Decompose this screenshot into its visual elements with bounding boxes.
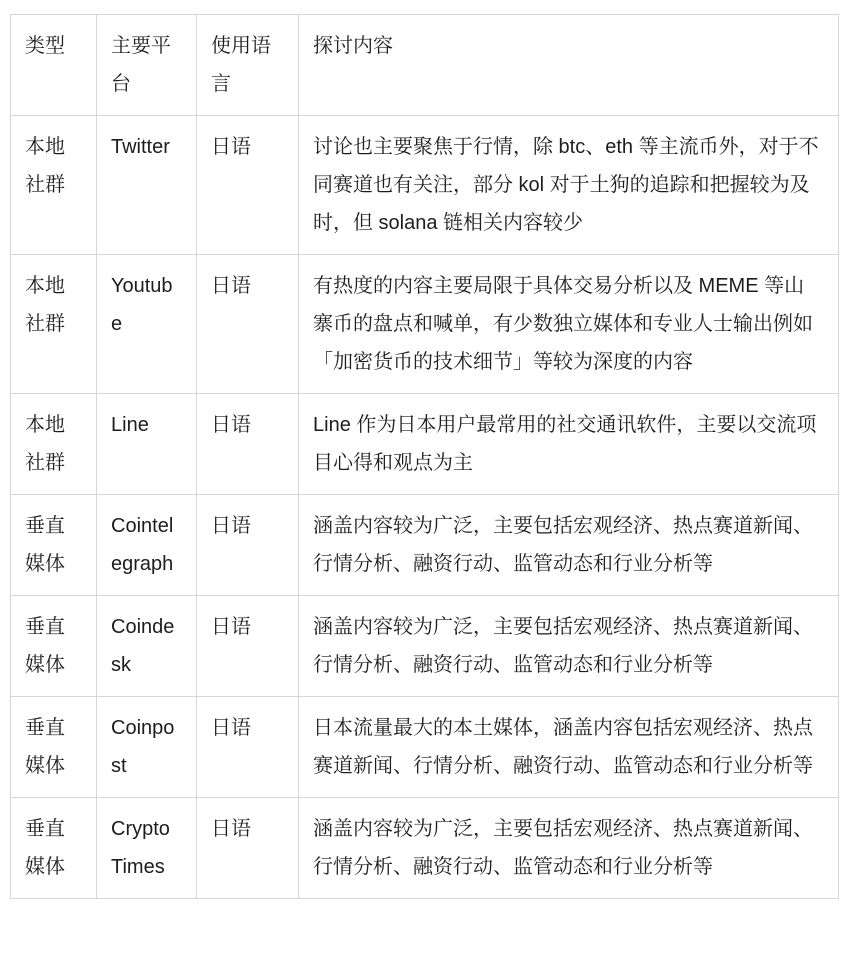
- cell-language: 日语: [197, 596, 299, 697]
- cell-platform: Coinpost: [97, 697, 197, 798]
- cell-content: 涵盖内容较为广泛，主要包括宏观经济、热点赛道新闻、行情分析、融资行动、监管动态和…: [299, 798, 839, 899]
- cell-content: 涵盖内容较为广泛，主要包括宏观经济、热点赛道新闻、行情分析、融资行动、监管动态和…: [299, 495, 839, 596]
- table-row: 本地社群 Youtube 日语 有热度的内容主要局限于具体交易分析以及 MEME…: [11, 255, 839, 394]
- cell-content: 讨论也主要聚焦于行情，除 btc、eth 等主流币外，对于不同赛道也有关注，部分…: [299, 116, 839, 255]
- table-row: 垂直媒体 Cointelegraph 日语 涵盖内容较为广泛，主要包括宏观经济、…: [11, 495, 839, 596]
- cell-language: 日语: [197, 255, 299, 394]
- cell-platform: Youtube: [97, 255, 197, 394]
- cell-type: 垂直媒体: [11, 495, 97, 596]
- column-header-content: 探讨内容: [299, 15, 839, 116]
- table-row: 本地社群 Twitter 日语 讨论也主要聚焦于行情，除 btc、eth 等主流…: [11, 116, 839, 255]
- cell-type: 垂直媒体: [11, 596, 97, 697]
- cell-language: 日语: [197, 116, 299, 255]
- table-row: 垂直媒体 Coinpost 日语 日本流量最大的本土媒体，涵盖内容包括宏观经济、…: [11, 697, 839, 798]
- column-header-type: 类型: [11, 15, 97, 116]
- table-header-row: 类型 主要平台 使用语言 探讨内容: [11, 15, 839, 116]
- column-header-language: 使用语言: [197, 15, 299, 116]
- cell-platform: Coindesk: [97, 596, 197, 697]
- cell-type: 垂直媒体: [11, 798, 97, 899]
- cell-content: 有热度的内容主要局限于具体交易分析以及 MEME 等山寨币的盘点和喊单，有少数独…: [299, 255, 839, 394]
- cell-platform: Cointelegraph: [97, 495, 197, 596]
- cell-language: 日语: [197, 798, 299, 899]
- column-header-platform: 主要平台: [97, 15, 197, 116]
- document-page: 类型 主要平台 使用语言 探讨内容 本地社群 Twitter 日语 讨论也主要聚…: [0, 0, 850, 976]
- cell-type: 垂直媒体: [11, 697, 97, 798]
- table-row: 垂直媒体 Crypto Times 日语 涵盖内容较为广泛，主要包括宏观经济、热…: [11, 798, 839, 899]
- table-row: 垂直媒体 Coindesk 日语 涵盖内容较为广泛，主要包括宏观经济、热点赛道新…: [11, 596, 839, 697]
- cell-platform: Twitter: [97, 116, 197, 255]
- cell-language: 日语: [197, 394, 299, 495]
- cell-content: Line 作为日本用户最常用的社交通讯软件，主要以交流项目心得和观点为主: [299, 394, 839, 495]
- cell-type: 本地社群: [11, 255, 97, 394]
- platforms-table: 类型 主要平台 使用语言 探讨内容 本地社群 Twitter 日语 讨论也主要聚…: [10, 14, 839, 899]
- cell-language: 日语: [197, 697, 299, 798]
- cell-type: 本地社群: [11, 394, 97, 495]
- cell-language: 日语: [197, 495, 299, 596]
- cell-type: 本地社群: [11, 116, 97, 255]
- cell-platform: Line: [97, 394, 197, 495]
- cell-content: 涵盖内容较为广泛，主要包括宏观经济、热点赛道新闻、行情分析、融资行动、监管动态和…: [299, 596, 839, 697]
- cell-platform: Crypto Times: [97, 798, 197, 899]
- table-row: 本地社群 Line 日语 Line 作为日本用户最常用的社交通讯软件，主要以交流…: [11, 394, 839, 495]
- cell-content: 日本流量最大的本土媒体，涵盖内容包括宏观经济、热点赛道新闻、行情分析、融资行动、…: [299, 697, 839, 798]
